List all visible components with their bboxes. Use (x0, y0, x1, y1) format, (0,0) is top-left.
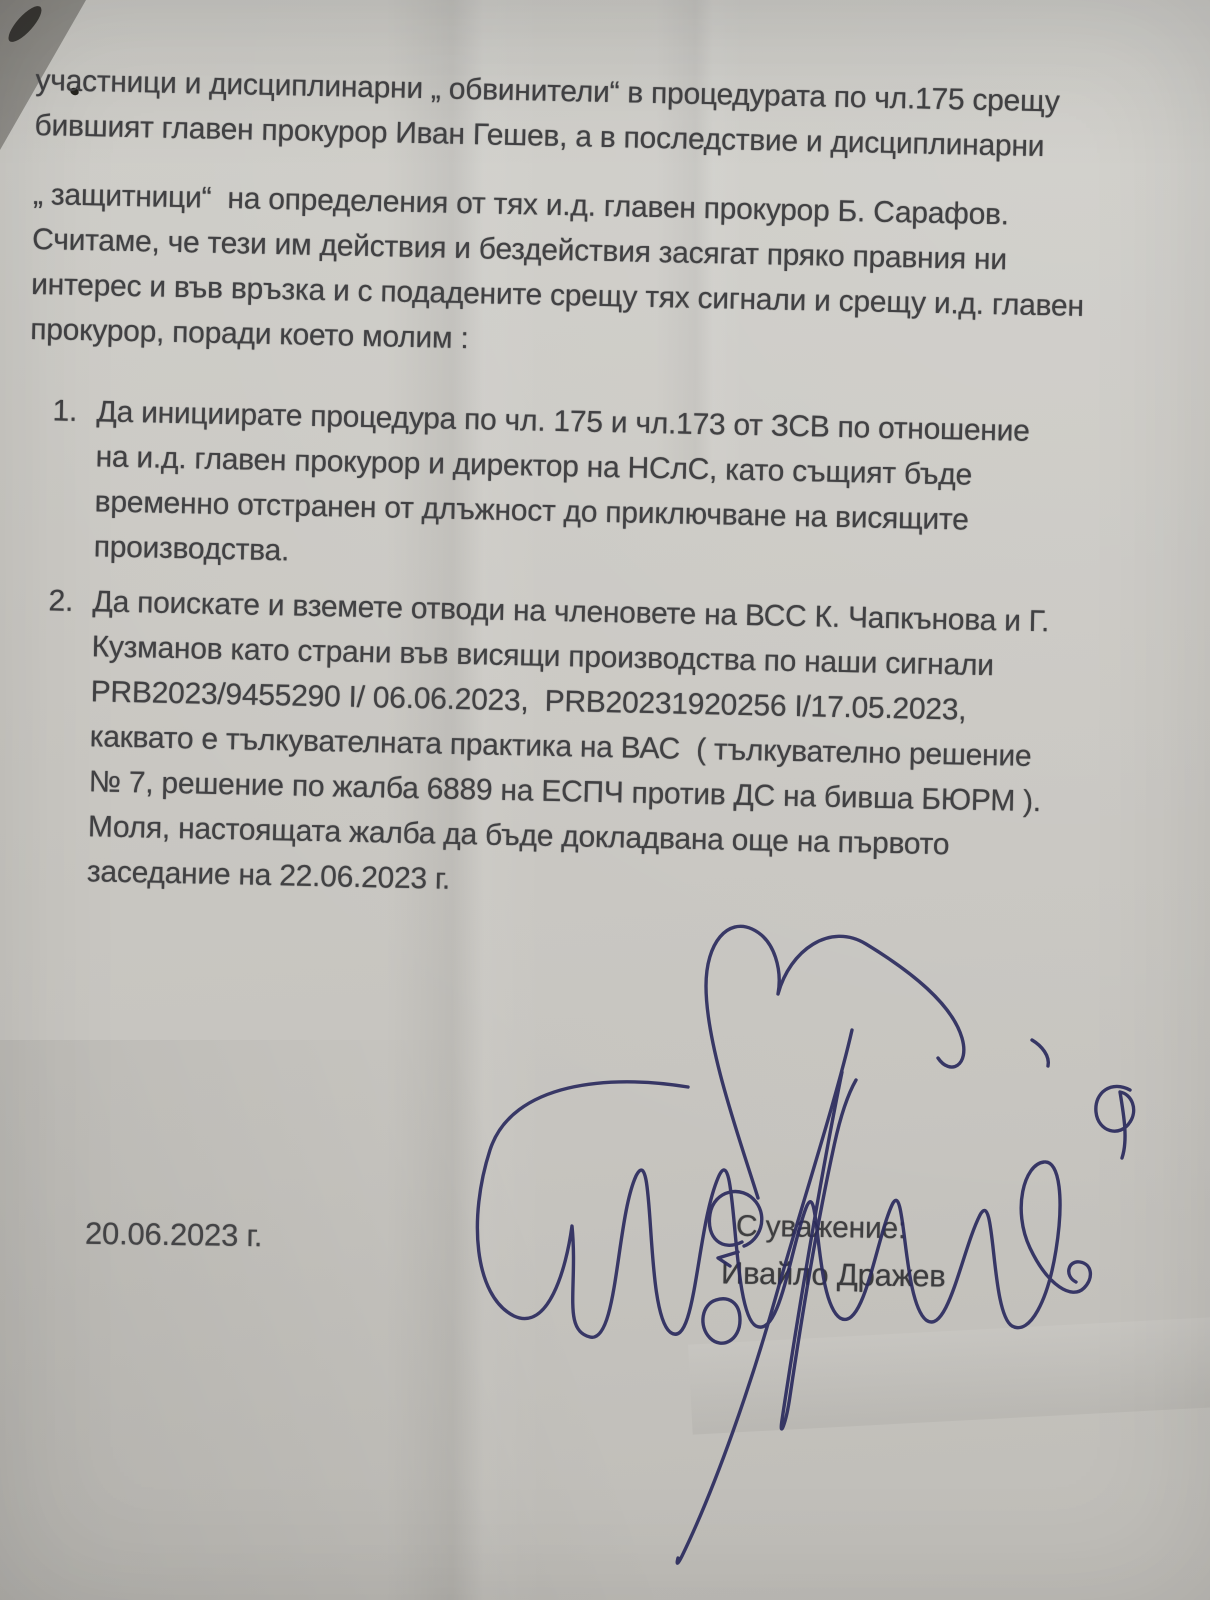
closing-salutation: С уважение: (736, 1210, 907, 1246)
document-body: участници и дисциплинарни „ обвинители“ … (19, 58, 1191, 917)
document-photo: участници и дисциплинарни „ обвинители“ … (0, 0, 1210, 1600)
paper-crease (688, 1315, 1210, 1434)
paragraph: участници и дисциплинарни „ обвинители“ … (34, 58, 1191, 172)
document-date: 20.06.2023 г. (85, 1216, 263, 1254)
list-item-number: 1. (52, 388, 97, 434)
list-item: 2. Да поискате и вземете отводи на члено… (19, 578, 1180, 917)
list-item-text: Да инициирате процедура по чл. 175 и чл.… (93, 389, 1030, 589)
numbered-list: 1. Да инициирате процедура по чл. 175 и … (19, 388, 1184, 917)
list-item-text: Да поискате и вземете отводи на членовет… (86, 579, 1049, 914)
paper-shading (0, 1040, 1210, 1600)
signer-name: Ивайло Дражев (721, 1255, 946, 1294)
list-item: 1. Да инициирате процедура по чл. 175 и … (25, 388, 1184, 592)
list-item-number: 2. (48, 578, 93, 624)
paragraph: „ защитници“ на определения от тях и.д. … (30, 172, 1189, 376)
